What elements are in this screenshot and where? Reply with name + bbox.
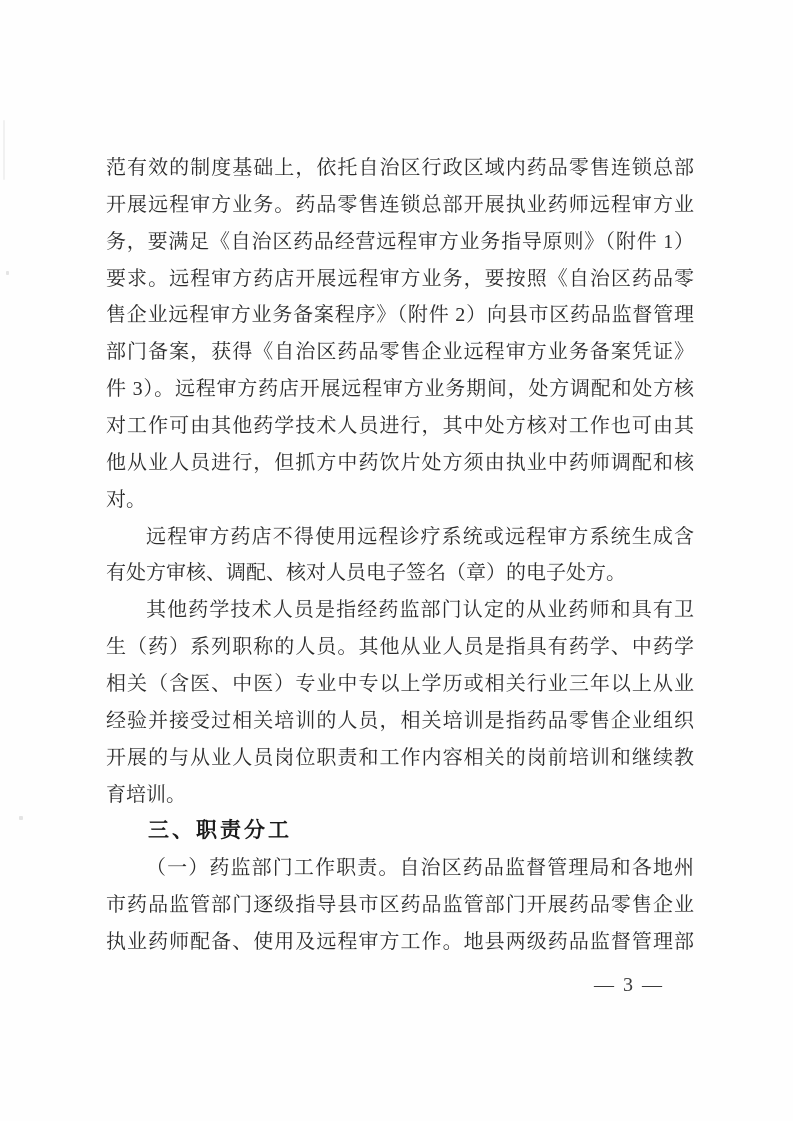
text-line: 开展远程审方业务。药品零售连锁总部开展执业药师远程审方业	[106, 187, 694, 224]
text-line: 生（药）系列职称的人员。其他从业人员是指具有药学、中药学	[106, 629, 694, 666]
text-line: 售企业远程审方业务备案程序》（附件 2）向县市区药品监督管理	[106, 297, 694, 334]
page-number: — 3 —	[594, 974, 664, 997]
section-heading: 三、职责分工	[106, 813, 694, 850]
document-body: 范有效的制度基础上，依托自治区行政区域内药品零售连锁总部开展远程审方业务。药品零…	[106, 150, 694, 961]
text-line: 范有效的制度基础上，依托自治区行政区域内药品零售连锁总部	[106, 150, 694, 187]
text-line: 其他药学技术人员是指经药监部门认定的从业药师和具有卫	[106, 592, 694, 629]
text-line: 有处方审核、调配、核对人员电子签名（章）的电子处方。	[106, 555, 694, 592]
text-line: 对工作可由其他药学技术人员进行，其中处方核对工作也可由其	[106, 408, 694, 445]
text-line: 育培训。	[106, 777, 694, 814]
text-line: 务，要满足《自治区药品经营远程审方业务指导原则》（附件 1）	[106, 224, 694, 261]
text-line: 执业药师配备、使用及远程审方工作。地县两级药品监督管理部	[106, 924, 694, 961]
document-page: 范有效的制度基础上，依托自治区行政区域内药品零售连锁总部开展远程审方业务。药品零…	[0, 0, 793, 1121]
text-line: （一）药监部门工作职责。自治区药品监督管理局和各地州	[106, 850, 694, 887]
text-line: 经验并接受过相关培训的人员，相关培训是指药品零售企业组织	[106, 703, 694, 740]
scan-artifact	[6, 271, 9, 275]
text-line: 他从业人员进行，但抓方中药饮片处方须由执业中药师调配和核	[106, 445, 694, 482]
text-line: 要求。远程审方药店开展远程审方业务，要按照《自治区药品零	[106, 261, 694, 298]
text-line: 远程审方药店不得使用远程诊疗系统或远程审方系统生成含	[106, 519, 694, 556]
text-line: 开展的与从业人员岗位职责和工作内容相关的岗前培训和继续教	[106, 740, 694, 777]
scan-artifact	[19, 816, 23, 820]
text-line: 部门备案，获得《自治区药品零售企业远程审方业务备案凭证》（附	[106, 334, 694, 371]
text-line: 市药品监管部门逐级指导县市区药品监管部门开展药品零售企业	[106, 887, 694, 924]
text-line: 件 3）。远程审方药店开展远程审方业务期间，处方调配和处方核	[106, 371, 694, 408]
scan-artifact	[3, 120, 5, 180]
text-line: 相关（含医、中医）专业中专以上学历或相关行业三年以上从业	[106, 666, 694, 703]
text-line: 对。	[106, 482, 694, 519]
